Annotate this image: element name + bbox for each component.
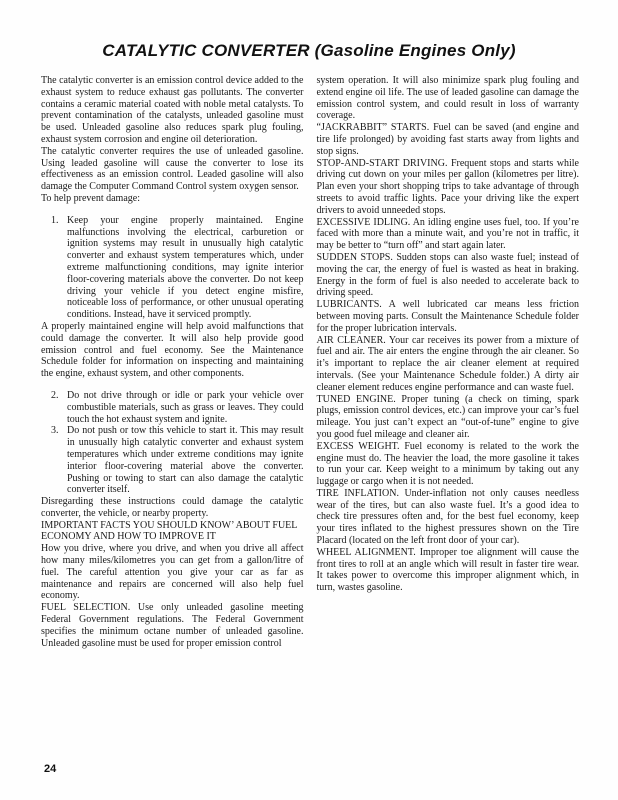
- paragraph-tire-inflation: TIRE INFLATION. Under-inflation not only…: [317, 488, 580, 547]
- paragraph-wheel-alignment: WHEEL ALIGNMENT. Improper toe alignment …: [317, 547, 580, 594]
- list-item-text: Keep your engine properly maintained. En…: [67, 215, 304, 321]
- list-item: 2. Do not drive through or idle or park …: [41, 390, 304, 425]
- paragraph-excess-weight: EXCESS WEIGHT. Fuel economy is related t…: [317, 441, 580, 488]
- list-item: 3. Do not push or tow this vehicle to st…: [41, 425, 304, 496]
- paragraph-maintained: A properly maintained engine will help a…: [41, 321, 304, 380]
- paragraph-intro-1: The catalytic converter is an emission c…: [41, 75, 304, 146]
- paragraph-jackrabbit-starts: “JACKRABBIT” STARTS. Fuel can be saved (…: [317, 122, 580, 157]
- paragraph-lubricants: LUBRICANTS. A well lubricated car means …: [317, 299, 580, 334]
- paragraph-system-operation: system operation. It will also minimize …: [317, 75, 580, 122]
- paragraph-stop-and-start: STOP-AND-START DRIVING. Frequent stops a…: [317, 158, 580, 217]
- paragraph-sudden-stops: SUDDEN STOPS. Sudden stops can also wast…: [317, 252, 580, 299]
- paragraph-prevent-lead: To help prevent damage:: [41, 193, 304, 205]
- paragraph-facts-body: How you drive, where you drive, and when…: [41, 543, 304, 602]
- list-item-text: Do not push or tow this vehicle to start…: [67, 425, 304, 496]
- right-column: system operation. It will also minimize …: [317, 75, 580, 649]
- paragraph-intro-2: The catalytic converter requires the use…: [41, 146, 304, 193]
- paragraph-excessive-idling: EXCESSIVE IDLING. An idling engine uses …: [317, 217, 580, 252]
- list-item-number: 1.: [51, 215, 67, 321]
- paragraph-disregard: Disregarding these instructions could da…: [41, 496, 304, 520]
- paragraph-air-cleaner: AIR CLEANER. Your car receives its power…: [317, 335, 580, 394]
- list-item-number: 2.: [51, 390, 67, 425]
- paragraph-tuned-engine: TUNED ENGINE. Proper tuning (a check on …: [317, 394, 580, 441]
- page-title: CATALYTIC CONVERTER (Gasoline Engines On…: [0, 41, 618, 61]
- list-item-text: Do not drive through or idle or park you…: [67, 390, 304, 425]
- paragraph-fuel-selection: FUEL SELECTION. Use only unleaded gasoli…: [41, 602, 304, 649]
- two-column-layout: The catalytic converter is an emission c…: [0, 75, 618, 649]
- page-number: 24: [44, 763, 56, 775]
- list-item: 1. Keep your engine properly maintained.…: [41, 215, 304, 321]
- left-column: The catalytic converter is an emission c…: [41, 75, 304, 649]
- section-heading-fuel-economy: IMPORTANT FACTS YOU SHOULD KNOW’ ABOUT F…: [41, 520, 304, 544]
- manual-page: CATALYTIC CONVERTER (Gasoline Engines On…: [0, 0, 618, 800]
- list-item-number: 3.: [51, 425, 67, 496]
